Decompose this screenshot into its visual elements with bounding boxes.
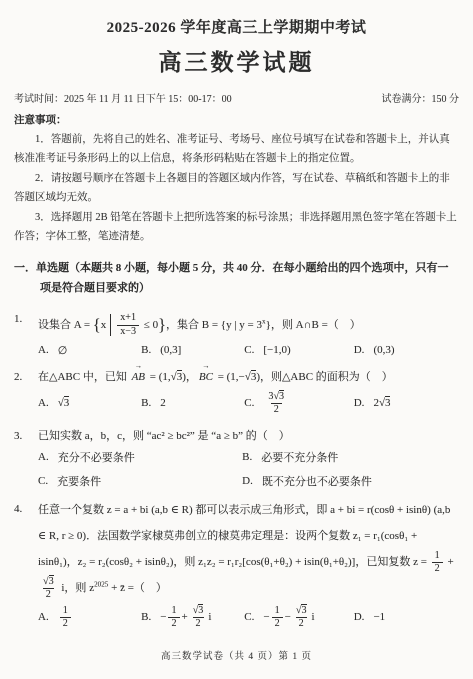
radicand: 3 <box>385 396 391 409</box>
square-root: √3 <box>273 390 284 402</box>
radicand: 3 <box>279 390 284 402</box>
page-title: 2025-2026 学年度高三上学期期中考试 <box>14 16 459 37</box>
exam-title: 高三数学试题 <box>14 44 459 77</box>
fraction-denominator: 2 <box>193 617 204 630</box>
fraction: 12 <box>432 550 443 575</box>
fraction-denominator: x−3 <box>117 325 139 338</box>
fraction-denominator: 2 <box>43 588 54 601</box>
question-2-options: A.√3 B.2 C.3√32 D.2√3 <box>38 391 459 416</box>
q1-option-a: A.∅ <box>38 344 141 357</box>
option-value: (0,3) <box>373 344 394 356</box>
fraction-numerator: 1 <box>432 550 443 562</box>
radicand: 3 <box>301 604 306 616</box>
question-4-options: A.12 B.−12+√32i C.−12−√32i D.−1 <box>38 605 459 630</box>
question-1: 1. 设集合 A = {xx+1x−3 ≤ 0}，集合 B = {y | y =… <box>14 308 459 357</box>
q3-option-b: B.必要不充分条件 <box>242 449 459 465</box>
option-value: −1 <box>373 611 385 623</box>
stem-text: B = {y | y = 3 <box>202 319 262 331</box>
question-1-stem: 设集合 A = {xx+1x−3 ≤ 0}，集合 B = {y | y = 3x… <box>38 308 459 341</box>
radicand: 3 <box>64 396 70 409</box>
vector-arrow-icon: → <box>132 359 145 374</box>
fraction-numerator: 1 <box>60 605 71 617</box>
stem-text: 任意一个复数 z = a + bi (a,b ∈ R) 都可以表示成三角形式，即… <box>38 504 434 516</box>
note-item: 3．选择题用 2B 铅笔在答题卡上把所选答案的标号涂黑；非选择题用黑色签字笔在答… <box>14 208 459 247</box>
radical-sign: √ <box>43 576 49 587</box>
fraction: 3√32 <box>265 391 287 416</box>
radical-sign: √ <box>245 371 251 383</box>
square-root: √3 <box>193 604 204 616</box>
stem-text: = (1, <box>147 371 171 383</box>
question-3-options: A.充分不必要条件 B.必要不充分条件 C.充要条件 D.既不充分也不必要条件 <box>38 449 459 489</box>
square-root: √3 <box>58 397 70 409</box>
operator: + <box>182 611 188 623</box>
question-4-stem: 任意一个复数 z = a + bi (a,b ∈ R) 都可以表示成三角形式，即… <box>38 498 459 602</box>
q2-option-a: A.√3 <box>38 397 141 409</box>
q2-option-d: D.2√3 <box>354 397 459 409</box>
option-value: 既不充分也不必要条件 <box>262 473 372 489</box>
radical-sign: √ <box>58 397 64 409</box>
fraction-denominator: 2 <box>60 617 71 630</box>
notes-heading: 注意事项： <box>14 112 459 130</box>
option-label: C. <box>244 611 254 623</box>
imaginary-unit: i <box>208 611 211 623</box>
exponent: 2025 <box>94 580 108 588</box>
stem-text: i，则 <box>59 582 90 594</box>
stem-text: 已知实数 a，b，c，则 “ac² ≥ bc²” 是 “a ≥ b” 的（ ） <box>38 430 290 442</box>
question-3-number: 3. <box>14 425 38 447</box>
fraction: 12 <box>272 605 283 630</box>
operator: − <box>285 611 291 623</box>
q1-option-d: D.(0,3) <box>354 344 459 356</box>
full-score: 试卷满分：150 分 <box>382 90 460 105</box>
stem-text: )， <box>182 371 197 383</box>
option-label: D. <box>354 397 365 409</box>
radical-sign: √ <box>171 371 177 383</box>
option-label: B. <box>242 451 252 463</box>
vector-arrow-icon: → <box>199 359 213 374</box>
fraction-numerator: √3 <box>40 576 57 588</box>
stem-text: = (1,− <box>215 371 245 383</box>
fraction-numerator: x+1 <box>117 312 139 324</box>
option-label: C. <box>244 397 254 409</box>
fraction: x+1x−3 <box>117 312 139 337</box>
question-1-options: A.∅ B.(0,3] C.[−1,0) D.(0,3) <box>38 344 459 357</box>
fraction-numerator: 1 <box>168 605 179 617</box>
square-root: √3 <box>379 397 391 409</box>
option-label: D. <box>354 344 365 356</box>
exam-info-row: 考试时间：2025 年 11 月 11 日下午 15：00-17：00 试卷满分… <box>14 90 459 105</box>
option-value: [−1,0) <box>263 344 290 356</box>
fraction: √32 <box>190 605 207 630</box>
fraction: √32 <box>40 576 57 601</box>
question-4: 4. 任意一个复数 z = a + bi (a,b ∈ R) 都可以表示成三角形… <box>14 498 459 630</box>
question-1-number: 1. <box>14 308 38 341</box>
stem-text: z₂ = r₂(cosθ₂ + isinθ₂)，则 z₁z₂ = r₁r₂[co… <box>78 556 430 568</box>
q2-option-c: C.3√32 <box>244 391 353 416</box>
option-value: 充分不必要条件 <box>58 449 135 465</box>
question-3: 3. 已知实数 a，b，c，则 “ac² ≥ bc²” 是 “a ≥ b” 的（… <box>14 425 459 489</box>
question-2: 2. 在△ABC 中，已知 →AB = (1,√3)，→BC = (1,−√3)… <box>14 366 459 416</box>
stem-text: )，则△ABC 的面积为（ ） <box>256 371 393 383</box>
q4-option-b: B.−12+√32i <box>141 605 244 630</box>
option-value: 2 <box>160 397 166 409</box>
sign: − <box>160 611 166 623</box>
fraction: 12 <box>168 605 179 630</box>
square-root: √3 <box>171 370 183 383</box>
vector-bc: →BC <box>199 366 213 388</box>
fraction-denominator: 2 <box>272 617 283 630</box>
fraction-denominator: 2 <box>296 617 307 630</box>
section-1-heading: 一．单选题（本题共 8 小题，每小题 5 分，共 40 分．在每小题给出的四个选… <box>14 258 459 299</box>
radicand: 3 <box>198 604 203 616</box>
q2-option-b: B.2 <box>141 397 244 409</box>
option-label: B. <box>141 611 151 623</box>
q3-option-d: D.既不充分也不必要条件 <box>242 473 459 489</box>
set-divider-bar <box>110 314 111 336</box>
exam-time: 考试时间：2025 年 11 月 11 日下午 15：00-17：00 <box>14 90 232 105</box>
option-value: 必要不充分条件 <box>261 449 338 465</box>
option-value: (0,3] <box>160 344 181 356</box>
stem-text: ，集合 <box>166 319 202 331</box>
q3-option-c: C.充要条件 <box>38 473 242 489</box>
fraction-numerator: √3 <box>190 605 207 617</box>
sign: − <box>263 611 269 623</box>
fraction-denominator: 2 <box>168 617 179 630</box>
fraction-numerator: 3√3 <box>265 391 287 403</box>
option-label: D. <box>354 611 365 623</box>
option-label: A. <box>38 397 49 409</box>
option-label: D. <box>242 475 253 487</box>
note-item: 1．答题前，先将自己的姓名、准考证号、考场号、座位号填写在试卷和答题卡上，并认真… <box>14 130 459 169</box>
option-label: C. <box>244 344 254 356</box>
option-value: ∅ <box>58 344 68 357</box>
page-footer: 高三数学试卷（共 4 页）第 1 页 <box>0 648 473 662</box>
fraction-denominator: 2 <box>271 403 282 416</box>
option-label: A. <box>38 451 49 463</box>
fraction: √32 <box>293 605 310 630</box>
option-label: B. <box>141 344 151 356</box>
fraction: 12 <box>60 605 71 630</box>
question-2-stem: 在△ABC 中，已知 →AB = (1,√3)，→BC = (1,−√3)，则△… <box>38 366 459 388</box>
q4-option-d: D.−1 <box>354 611 459 623</box>
stem-text: ≤ 0 <box>141 319 158 331</box>
exam-paper-page: 2025-2026 学年度高三上学期期中考试 高三数学试题 考试时间：2025 … <box>0 0 473 679</box>
stem-text: 在△ABC 中，已知 <box>38 371 130 383</box>
option-value: 充要条件 <box>57 473 101 489</box>
q1-option-c: C.[−1,0) <box>244 344 353 356</box>
imaginary-unit: i <box>312 611 315 623</box>
question-2-number: 2. <box>14 366 38 388</box>
stem-text: A = <box>74 319 93 331</box>
radicand: 3 <box>49 575 54 587</box>
note-item: 2．请按题号顺序在答题卡上各题目的答题区域内作答，写在试卷、草稿纸和答题卡上的非… <box>14 169 459 208</box>
option-label: C. <box>38 475 48 487</box>
stem-text: + <box>445 556 454 568</box>
fraction-numerator: √3 <box>293 605 310 617</box>
vector-ab: →AB <box>132 366 145 388</box>
option-label: B. <box>141 397 151 409</box>
square-root: √3 <box>43 575 54 587</box>
q4-option-a: A.12 <box>38 605 141 630</box>
question-4-number: 4. <box>14 498 38 602</box>
option-label: A. <box>38 344 49 356</box>
q1-option-b: B.(0,3] <box>141 344 244 356</box>
left-brace: { <box>93 315 101 334</box>
question-3-stem: 已知实数 a，b，c，则 “ac² ≥ bc²” 是 “a ≥ b” 的（ ） <box>38 425 459 447</box>
square-root: √3 <box>296 604 307 616</box>
fraction-denominator: 2 <box>432 562 443 575</box>
q3-option-a: A.充分不必要条件 <box>38 449 242 465</box>
stem-text: 设集合 <box>38 319 74 331</box>
stem-text: }，则 A∩B =（ ） <box>266 319 361 331</box>
right-brace: } <box>158 315 166 334</box>
fraction-numerator: 1 <box>272 605 283 617</box>
stem-text: + z̄ =（ ） <box>108 582 167 594</box>
square-root: √3 <box>245 370 257 383</box>
option-label: A. <box>38 611 49 623</box>
q4-option-c: C.−12−√32i <box>244 605 353 630</box>
stem-text: x <box>101 319 107 331</box>
